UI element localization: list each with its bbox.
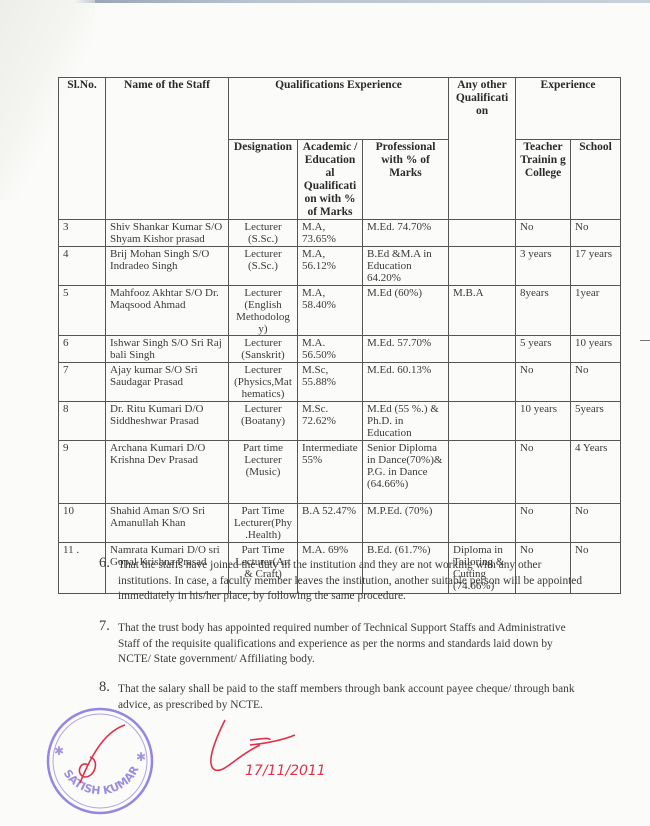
cell-teacher-training: 5 years bbox=[516, 336, 571, 363]
cell-other bbox=[449, 363, 516, 402]
cell-name: Dr. Ritu Kumari D/O Siddheshwar Prasad bbox=[106, 402, 229, 441]
table-row: 3Shiv Shankar Kumar S/O Shyam Kishor pra… bbox=[59, 220, 621, 247]
cell-professional: M.P.Ed. (70%) bbox=[363, 504, 449, 543]
table-row: 4Brij Mohan Singh S/O Indradeo SinghLect… bbox=[59, 247, 621, 286]
cell-designation: Lecturer (S.Sc.) bbox=[229, 247, 298, 286]
cell-designation: Lecturer (Sanskrit) bbox=[229, 336, 298, 363]
cell-other bbox=[449, 402, 516, 441]
table-row: 10Shahid Aman S/O Sri Amanullah KhanPart… bbox=[59, 504, 621, 543]
table-row: 7Ajay kumar S/O Sri Saudagar PrasadLectu… bbox=[59, 363, 621, 402]
cell-name: Shahid Aman S/O Sri Amanullah Khan bbox=[106, 504, 229, 543]
table-row: 5Mahfooz Akhtar S/O Dr. Maqsood AhmadLec… bbox=[59, 286, 621, 336]
cell-other bbox=[449, 220, 516, 247]
paragraph-text: That the trust body has appointed requir… bbox=[118, 622, 566, 665]
cell-sl-no: 8 bbox=[59, 402, 106, 441]
staff-table: Sl.No. Name of the Staff Qualifications … bbox=[58, 77, 621, 594]
cell-teacher-training: 10 years bbox=[516, 402, 571, 441]
cell-professional: M.Ed. 57.70% bbox=[363, 336, 449, 363]
paragraph-text: That the staffs have joined the duty in … bbox=[118, 559, 582, 602]
signature: 17/11/2011 bbox=[200, 715, 350, 785]
cell-professional: M.Ed (55 %.) & Ph.D. in Education bbox=[363, 402, 449, 441]
cell-professional: B.Ed &M.A in Education 64.20% bbox=[363, 247, 449, 286]
cell-academic: Intermediate 55% bbox=[298, 441, 363, 504]
cell-academic: M.A, 73.65% bbox=[298, 220, 363, 247]
cell-other bbox=[449, 441, 516, 504]
cell-academic: B.A 52.47% bbox=[298, 504, 363, 543]
header-professional: Professional with % of Marks bbox=[363, 140, 449, 220]
cell-name: Shiv Shankar Kumar S/O Shyam Kishor pras… bbox=[106, 220, 229, 247]
cell-sl-no: 7 bbox=[59, 363, 106, 402]
paragraph-text: That the salary shall be paid to the sta… bbox=[118, 683, 575, 711]
table-row: 6Ishwar Singh S/O Sri Raj bali SinghLect… bbox=[59, 336, 621, 363]
cell-designation: Lecturer (S.Sc.) bbox=[229, 220, 298, 247]
cell-sl-no: 4 bbox=[59, 247, 106, 286]
cell-designation: Part Time Lecturer(Phy .Health) bbox=[229, 504, 298, 543]
scan-edge bbox=[0, 0, 650, 3]
cell-sl-no: 3 bbox=[59, 220, 106, 247]
cell-academic: M.Sc, 55.88% bbox=[298, 363, 363, 402]
header-designation: Designation bbox=[229, 140, 298, 220]
header-name: Name of the Staff bbox=[106, 78, 229, 220]
table-row: 8Dr. Ritu Kumari D/O Siddheshwar PrasadL… bbox=[59, 402, 621, 441]
header-experience: Experience bbox=[516, 78, 621, 140]
header-school: School bbox=[571, 140, 621, 220]
cell-sl-no: 9 bbox=[59, 441, 106, 504]
cell-teacher-training: 8years bbox=[516, 286, 571, 336]
cell-academic: M.A. 56.50% bbox=[298, 336, 363, 363]
cell-name: Ishwar Singh S/O Sri Raj bali Singh bbox=[106, 336, 229, 363]
paragraph-number: 6. bbox=[99, 556, 110, 572]
header-academic: Academic / Education al Qualificati on w… bbox=[298, 140, 363, 220]
cell-name: Archana Kumari D/O Krishna Dev Prasad bbox=[106, 441, 229, 504]
cell-professional: M.Ed. 74.70% bbox=[363, 220, 449, 247]
cell-designation: Lecturer (English Methodolog y) bbox=[229, 286, 298, 336]
cell-school: 10 years bbox=[571, 336, 621, 363]
header-qualifications: Qualifications Experience bbox=[229, 78, 449, 140]
paragraph-number: 7. bbox=[99, 619, 110, 635]
margin-mark bbox=[640, 340, 650, 341]
cell-teacher-training: No bbox=[516, 441, 571, 504]
cell-other: M.B.A bbox=[449, 286, 516, 336]
cell-sl-no: 10 bbox=[59, 504, 106, 543]
cell-teacher-training: No bbox=[516, 220, 571, 247]
cell-school: 4 Years bbox=[571, 441, 621, 504]
cell-name: Brij Mohan Singh S/O Indradeo Singh bbox=[106, 247, 229, 286]
table-row: 9Archana Kumari D/O Krishna Dev PrasadPa… bbox=[59, 441, 621, 504]
paragraph-7: 7. That the trust body has appointed req… bbox=[118, 621, 588, 668]
cell-designation: Lecturer (Boatany) bbox=[229, 402, 298, 441]
cell-school: 1year bbox=[571, 286, 621, 336]
cell-school: 5years bbox=[571, 402, 621, 441]
cell-other bbox=[449, 504, 516, 543]
cell-school: No bbox=[571, 220, 621, 247]
paragraph-number: 8. bbox=[99, 680, 110, 696]
cell-sl-no: 6 bbox=[59, 336, 106, 363]
cell-teacher-training: 3 years bbox=[516, 247, 571, 286]
cell-other bbox=[449, 336, 516, 363]
header-teacher-training: Teacher Trainin g College bbox=[516, 140, 571, 220]
cell-school: No bbox=[571, 504, 621, 543]
cell-academic: M.Sc. 72.62% bbox=[298, 402, 363, 441]
cell-teacher-training: No bbox=[516, 504, 571, 543]
cell-name: Mahfooz Akhtar S/O Dr. Maqsood Ahmad bbox=[106, 286, 229, 336]
seal-stamp: SATISH KUMAR SINGH ✱ ✱ bbox=[40, 705, 160, 817]
paragraph-6: 6. That the staffs have joined the duty … bbox=[118, 558, 588, 605]
cell-professional: M.Ed. 60.13% bbox=[363, 363, 449, 402]
svg-text:✱: ✱ bbox=[136, 750, 146, 764]
cell-sl-no: 5 bbox=[59, 286, 106, 336]
cell-school: No bbox=[571, 363, 621, 402]
cell-professional: M.Ed (60%) bbox=[363, 286, 449, 336]
cell-academic: M.A, 58.40% bbox=[298, 286, 363, 336]
cell-professional: Senior Diploma in Dance(70%)& P.G. in Da… bbox=[363, 441, 449, 504]
paragraph-8: 8. That the salary shall be paid to the … bbox=[118, 682, 588, 713]
cell-school: 17 years bbox=[571, 247, 621, 286]
cell-name: Ajay kumar S/O Sri Saudagar Prasad bbox=[106, 363, 229, 402]
cell-designation: Part time Lecturer (Music) bbox=[229, 441, 298, 504]
cell-designation: Lecturer (Physics,Mat hematics) bbox=[229, 363, 298, 402]
cell-academic: M.A, 56.12% bbox=[298, 247, 363, 286]
header-any-other: Any other Qualificati on bbox=[449, 78, 516, 220]
cell-other bbox=[449, 247, 516, 286]
svg-text:17/11/2011: 17/11/2011 bbox=[245, 763, 326, 779]
cell-teacher-training: No bbox=[516, 363, 571, 402]
svg-text:✱: ✱ bbox=[54, 744, 64, 758]
header-sl-no: Sl.No. bbox=[59, 78, 106, 220]
